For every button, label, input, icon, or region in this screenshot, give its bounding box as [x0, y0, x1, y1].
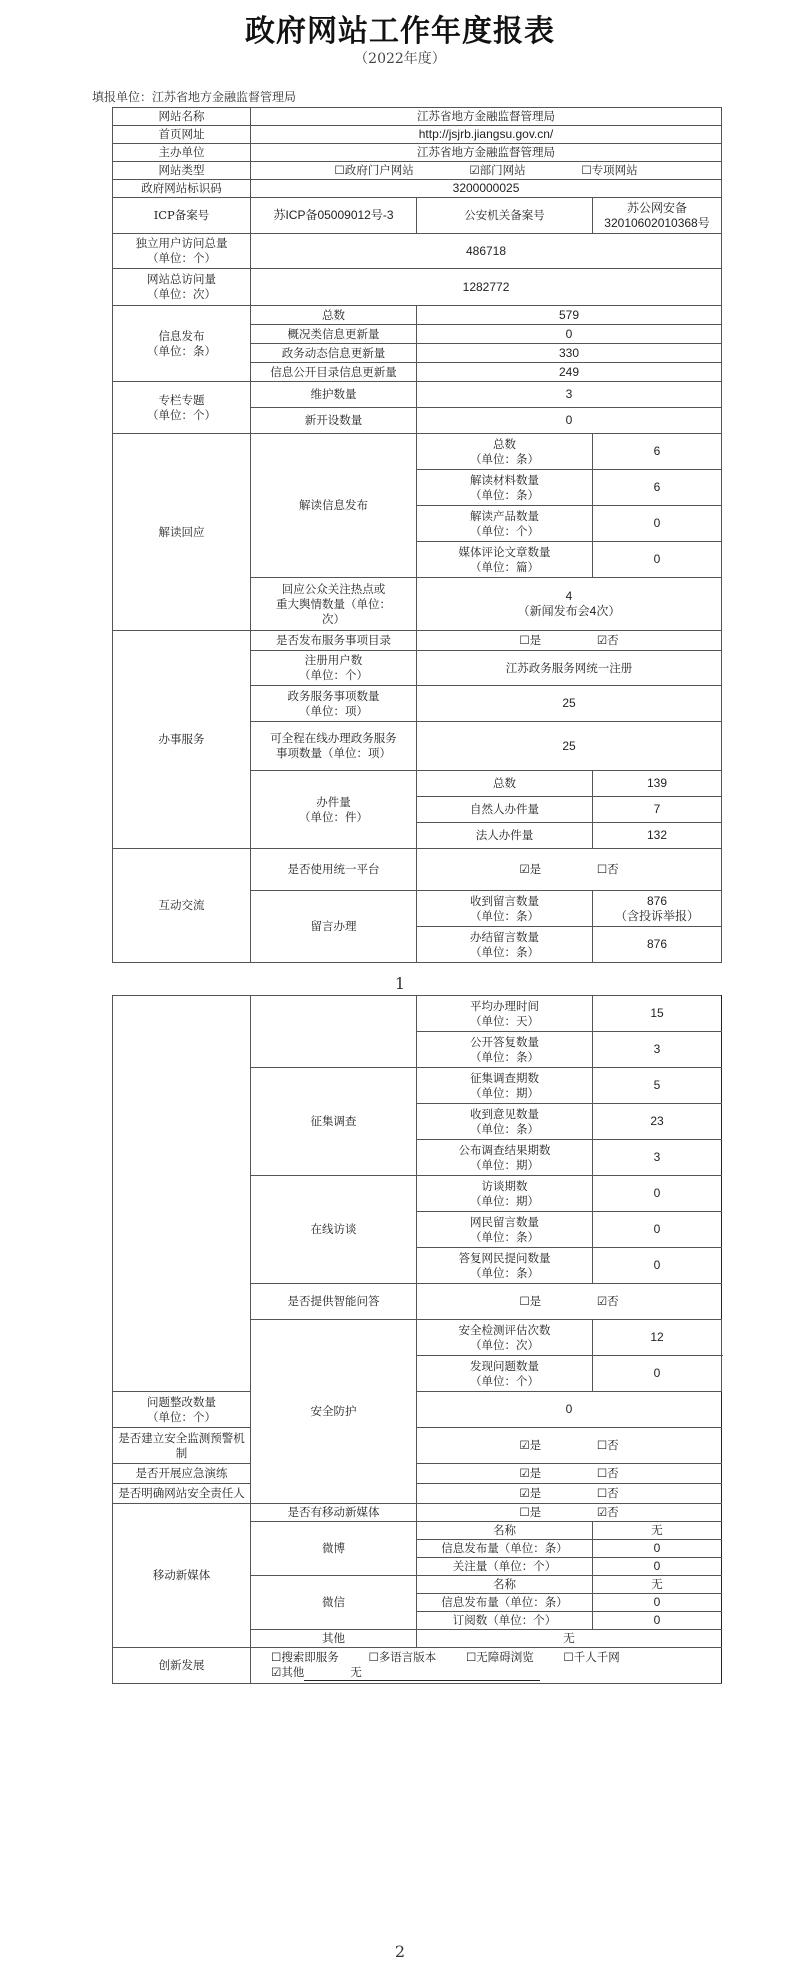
label: 媒体评论文章数量（单位：篇） [417, 542, 593, 578]
label: 解读产品数量（单位：个） [417, 506, 593, 542]
label: 首页网址 [113, 126, 251, 144]
label: 解读材料数量（单位：条） [417, 470, 593, 506]
page-number-2: 2 [0, 1942, 800, 1961]
label: 网站名称 [113, 108, 251, 126]
label: 回应公众关注热点或重大舆情数量（单位：次） [251, 578, 417, 631]
label: 独立用户访问总量（单位：个） [113, 234, 251, 269]
value: 3 [593, 1032, 722, 1068]
label: 网站总访问量（单位：次） [113, 269, 251, 306]
label: 安全检测评估次数（单位：次） [417, 1320, 593, 1356]
label: 名称 [417, 1576, 593, 1594]
other-value-field: 无 [304, 1665, 540, 1681]
section-interaction: 互动交流 [113, 849, 251, 963]
checkbox-other[interactable]: ☑其他 [271, 1665, 304, 1679]
label: 是否建立安全监测预警机制 [113, 1428, 251, 1464]
section-interpret: 解读回应 [113, 434, 251, 631]
row-pv: 网站总访问量（单位：次） 1282772 [113, 269, 722, 306]
value: 330 [417, 344, 722, 363]
label: 信息发布量（单位：条） [417, 1594, 593, 1612]
label: 总数 [251, 306, 417, 325]
row-innovation: 创新发展 ☐搜索即服务 ☐多语言版本 ☐无障碍浏览 ☐千人千网 ☑其他无 [113, 1648, 722, 1684]
icp-value: 苏ICP备05009012号-3 [251, 198, 417, 234]
label: ICP备案号 [113, 198, 251, 234]
checkbox-department[interactable]: ☑部门网站 [469, 163, 525, 178]
uv-value: 486718 [251, 234, 722, 269]
checkbox-no[interactable]: ☐否 [597, 862, 619, 877]
row-uv: 独立用户访问总量（单位：个） 486718 [113, 234, 722, 269]
label: 名称 [417, 1522, 593, 1540]
value: 3 [417, 382, 722, 408]
label: 网民留言数量（单位：条） [417, 1212, 593, 1248]
label: 注册用户数（单位：个） [251, 651, 417, 686]
row-media-has: 移动新媒体 是否有移动新媒体 ☐是 ☑否 [113, 1504, 722, 1522]
value: 0 [417, 408, 722, 434]
checkbox-special[interactable]: ☐专项网站 [581, 163, 637, 178]
label: 征集调查期数（单位：期） [417, 1068, 593, 1104]
value: 0 [593, 1248, 722, 1284]
label: 概况类信息更新量 [251, 325, 417, 344]
police-record-value: 苏公网安备32010602010368号 [593, 198, 722, 234]
label: 是否有移动新媒体 [251, 1504, 417, 1522]
label: 访谈期数（单位：期） [417, 1176, 593, 1212]
label: 公开答复数量（单位：条） [417, 1032, 593, 1068]
checkbox-no[interactable]: ☐否 [597, 1438, 619, 1453]
label: 总数 [417, 771, 593, 797]
value: 6 [593, 470, 722, 506]
value: 无 [593, 1522, 722, 1540]
label: 收到留言数量（单位：条） [417, 891, 593, 927]
platform-options: ☑是 ☐否 [417, 849, 722, 891]
media-options: ☐是 ☑否 [417, 1504, 722, 1522]
row-service-catalog: 办事服务 是否发布服务事项目录 ☐是 ☑否 [113, 631, 722, 651]
checkbox-yes[interactable]: ☐是 [519, 1294, 541, 1309]
value: 23 [593, 1104, 722, 1140]
checkbox-no[interactable]: ☑否 [597, 633, 619, 648]
row-columns-maintain: 专栏专题（单位：个） 维护数量 3 [113, 382, 722, 408]
homepage-url-link[interactable]: http://jsjrb.jiangsu.gov.cn/ [251, 126, 722, 144]
value: 江苏政务服务网统一注册 [417, 651, 722, 686]
checkbox-no[interactable]: ☑否 [597, 1294, 619, 1309]
row-icp: ICP备案号 苏ICP备05009012号-3 公安机关备案号 苏公网安备320… [113, 198, 722, 234]
label: 是否提供智能问答 [251, 1284, 417, 1320]
label: 维护数量 [251, 382, 417, 408]
sub-interview: 在线访谈 [251, 1176, 417, 1284]
label: 信息发布量（单位：条） [417, 1540, 593, 1558]
value: 0 [593, 1612, 722, 1630]
sub-cases: 办件量（单位：件） [251, 771, 417, 849]
value: 无 [593, 1576, 722, 1594]
row-site-name: 网站名称 江苏省地方金融监督管理局 [113, 108, 722, 126]
value: 0 [593, 1356, 722, 1392]
label: 平均办理时间（单位：天） [417, 996, 593, 1032]
checkbox-yes[interactable]: ☐是 [519, 633, 541, 648]
value: 无 [417, 1630, 722, 1648]
value: 0 [593, 1176, 722, 1212]
value: 132 [593, 823, 722, 849]
checkbox-yes[interactable]: ☐是 [519, 1505, 541, 1520]
label: 政务动态信息更新量 [251, 344, 417, 363]
sub-weibo: 微博 [251, 1522, 417, 1576]
checkbox-portal[interactable]: ☐政府门户网站 [334, 163, 413, 178]
reporting-unit: 填报单位：江苏省地方金融监督管理局 [92, 88, 296, 105]
value: 0 [417, 1392, 722, 1428]
owner-options: ☑是 ☐否 [417, 1484, 722, 1504]
row-sec-owner: 是否明确网站安全责任人 ☑是 ☐否 [113, 1484, 722, 1504]
row-site-type: 网站类型 ☐政府门户网站 ☑部门网站 ☐专项网站 [113, 162, 722, 180]
checkbox-yes[interactable]: ☑是 [519, 1466, 541, 1481]
label: 收到意见数量（单位：条） [417, 1104, 593, 1140]
section-columns: 专栏专题（单位：个） [113, 382, 251, 434]
value: 15 [593, 996, 722, 1032]
section-media: 移动新媒体 [113, 1504, 251, 1648]
value: 139 [593, 771, 722, 797]
value: 25 [417, 686, 722, 722]
label: 总数（单位：条） [417, 434, 593, 470]
label: 新开设数量 [251, 408, 417, 434]
value: 0 [593, 1558, 722, 1576]
report-title: 政府网站工作年度报表 [0, 6, 800, 50]
row-sec-warning: 是否建立安全监测预警机制 ☑是 ☐否 [113, 1428, 722, 1464]
site-name-value: 江苏省地方金融监督管理局 [251, 108, 722, 126]
label: 法人办件量 [417, 823, 593, 849]
label: 公布调查结果期数（单位：期） [417, 1140, 593, 1176]
row-sec-drill: 是否开展应急演练 ☑是 ☐否 [113, 1464, 722, 1484]
checkbox-no[interactable]: ☑否 [597, 1505, 619, 1520]
value: 25 [417, 722, 722, 771]
checkbox-search-service[interactable]: ☐搜索即服务 [271, 1650, 339, 1665]
pv-value: 1282772 [251, 269, 722, 306]
value: 0 [417, 325, 722, 344]
section-security: 安全防护 [251, 1320, 417, 1504]
checkbox-multilingual[interactable]: ☐多语言版本 [368, 1650, 436, 1665]
label: 公安机关备案号 [417, 198, 593, 234]
row-msg-avgtime: 平均办理时间（单位：天） 15 [113, 996, 722, 1032]
label: 主办单位 [113, 144, 251, 162]
value: 876（含投诉举报） [593, 891, 722, 927]
value: 579 [417, 306, 722, 325]
label: 信息公开目录信息更新量 [251, 363, 417, 382]
catalog-options: ☐是 ☑否 [417, 631, 722, 651]
value: 7 [593, 797, 722, 823]
label: 政府网站标识码 [113, 180, 251, 198]
report-table-page1: 网站名称 江苏省地方金融监督管理局 首页网址 http://jsjrb.jian… [112, 107, 722, 963]
innovation-options: ☐搜索即服务 ☐多语言版本 ☐无障碍浏览 ☐千人千网 ☑其他无 [251, 1648, 722, 1684]
checkbox-accessibility[interactable]: ☐无障碍浏览 [466, 1650, 534, 1665]
qa-options: ☐是 ☑否 [417, 1284, 722, 1320]
value: 0 [593, 1212, 722, 1248]
row-interpret-total: 解读回应 解读信息发布 总数（单位：条） 6 [113, 434, 722, 470]
page-number-1: 1 [0, 974, 800, 993]
label: 政务服务事项数量（单位：项） [251, 686, 417, 722]
checkbox-personalized[interactable]: ☐千人千网 [563, 1650, 619, 1665]
label: 问题整改数量（单位：个） [113, 1392, 251, 1428]
value: 0 [593, 1594, 722, 1612]
checkbox-yes[interactable]: ☑是 [519, 862, 541, 877]
label: 是否开展应急演练 [113, 1464, 251, 1484]
checkbox-no[interactable]: ☐否 [597, 1486, 619, 1501]
section-service: 办事服务 [113, 631, 251, 849]
label: 是否使用统一平台 [251, 849, 417, 891]
label: 关注量（单位：个） [417, 1558, 593, 1576]
value: 5 [593, 1068, 722, 1104]
value: 249 [417, 363, 722, 382]
sub-messages: 留言办理 [251, 891, 417, 963]
host-value: 江苏省地方金融监督管理局 [251, 144, 722, 162]
sub-interpret-publish: 解读信息发布 [251, 434, 417, 578]
label: 发现问题数量（单位：个） [417, 1356, 593, 1392]
label: 订阅数（单位：个） [417, 1612, 593, 1630]
response-value: 4（新闻发布会4次） [417, 578, 722, 631]
row-url: 首页网址 http://jsjrb.jiangsu.gov.cn/ [113, 126, 722, 144]
checkbox-yes[interactable]: ☑是 [519, 1438, 541, 1453]
checkbox-yes[interactable]: ☑是 [519, 1486, 541, 1501]
label: 是否发布服务事项目录 [251, 631, 417, 651]
label: 其他 [251, 1630, 417, 1648]
sub-messages-cont [251, 996, 417, 1068]
site-type-options: ☐政府门户网站 ☑部门网站 ☐专项网站 [251, 162, 722, 180]
report-table-page2: 平均办理时间（单位：天） 15 公开答复数量（单位：条） 3 征集调查 征集调查… [112, 995, 722, 1684]
label: 答复网民提问数量（单位：条） [417, 1248, 593, 1284]
warning-options: ☑是 ☐否 [417, 1428, 722, 1464]
report-year: （2022年度） [0, 48, 800, 68]
label: 自然人办件量 [417, 797, 593, 823]
row-platform: 互动交流 是否使用统一平台 ☑是 ☐否 [113, 849, 722, 891]
label: 是否明确网站安全责任人 [113, 1484, 251, 1504]
value: 12 [593, 1320, 722, 1356]
value: 0 [593, 542, 722, 578]
value: 6 [593, 434, 722, 470]
value: 3 [593, 1140, 722, 1176]
site-code-value: 3200000025 [251, 180, 722, 198]
section-innovation: 创新发展 [113, 1648, 251, 1684]
sub-survey: 征集调查 [251, 1068, 417, 1176]
section-interaction-cont [113, 996, 251, 1392]
drill-options: ☑是 ☐否 [417, 1464, 722, 1484]
row-info-total: 信息发布（单位：条） 总数 579 [113, 306, 722, 325]
value: 0 [593, 506, 722, 542]
label: 网站类型 [113, 162, 251, 180]
checkbox-no[interactable]: ☐否 [597, 1466, 619, 1481]
row-host: 主办单位 江苏省地方金融监督管理局 [113, 144, 722, 162]
label: 办结留言数量（单位：条） [417, 927, 593, 963]
label: 可全程在线办理政务服务事项数量（单位：项） [251, 722, 417, 771]
value: 876 [593, 927, 722, 963]
value: 0 [593, 1540, 722, 1558]
sub-wechat: 微信 [251, 1576, 417, 1630]
row-sec-fixed: 问题整改数量（单位：个） 0 [113, 1392, 722, 1428]
row-site-code: 政府网站标识码 3200000025 [113, 180, 722, 198]
section-info-publish: 信息发布（单位：条） [113, 306, 251, 382]
